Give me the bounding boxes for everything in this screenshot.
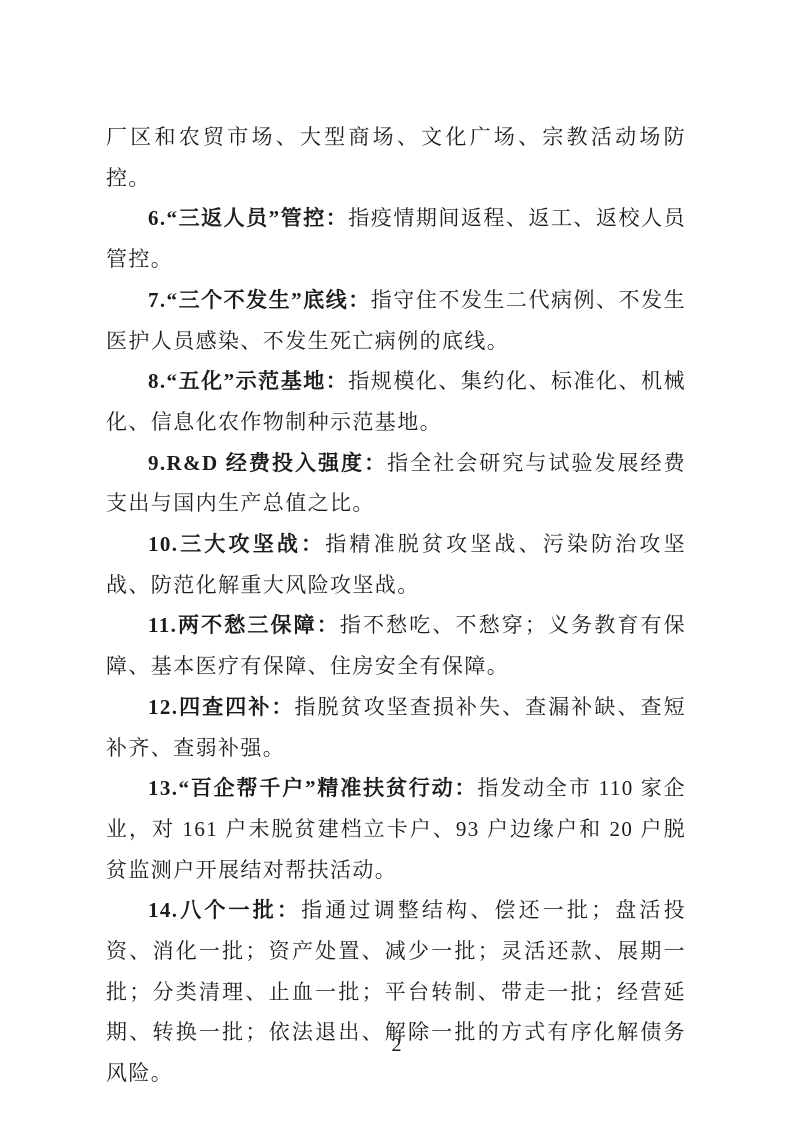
- glossary-item-10: 10.三大攻坚战：指精准脱贫攻坚战、污染防治攻坚战、防范化解重大风险攻坚战。: [106, 524, 686, 605]
- document-page: 厂区和农贸市场、大型商场、文化广场、宗教活动场防控。 6.“三返人员”管控：指疫…: [0, 0, 793, 1122]
- glossary-item-13: 13.“百企帮千户”精准扶贫行动：指发动全市 110 家企业，对 161 户未脱…: [106, 768, 686, 890]
- paragraph-continuation: 厂区和农贸市场、大型商场、文化广场、宗教活动场防控。: [106, 117, 686, 198]
- glossary-item-6: 6.“三返人员”管控：指疫情期间返程、返工、返校人员管控。: [106, 198, 686, 279]
- item-term: 9.R&D 经费投入强度：: [148, 451, 387, 475]
- glossary-item-7: 7.“三个不发生”底线：指守住不发生二代病例、不发生医护人员感染、不发生死亡病例…: [106, 280, 686, 361]
- glossary-item-8: 8.“五化”示范基地：指规模化、集约化、标准化、机械化、信息化农作物制种示范基地…: [106, 361, 686, 442]
- page-number: 2: [392, 1034, 402, 1056]
- item-term: 11.两不愁三保障：: [148, 613, 340, 637]
- page-footer: 2: [0, 1034, 793, 1057]
- item-definition: 指通过调整结构、偿还一批；盘活投资、消化一批；资产处置、减少一批；灵活还款、展期…: [106, 898, 686, 1085]
- glossary-item-11: 11.两不愁三保障：指不愁吃、不愁穿；义务教育有保障、基本医疗有保障、住房安全有…: [106, 605, 686, 686]
- item-term: 10.三大攻坚战：: [148, 532, 325, 556]
- glossary-item-14: 14.八个一批：指通过调整结构、偿还一批；盘活投资、消化一批；资产处置、减少一批…: [106, 890, 686, 1094]
- item-term: 7.“三个不发生”底线：: [148, 288, 371, 312]
- glossary-item-12: 12.四查四补：指脱贫攻坚查损补失、查漏补缺、查短补齐、查弱补强。: [106, 687, 686, 768]
- document-body: 厂区和农贸市场、大型商场、文化广场、宗教活动场防控。 6.“三返人员”管控：指疫…: [106, 117, 686, 1094]
- item-term: 12.四查四补：: [148, 695, 294, 719]
- item-term: 6.“三返人员”管控：: [148, 206, 348, 230]
- item-term: 14.八个一批：: [148, 898, 301, 922]
- item-term: 8.“五化”示范基地：: [148, 369, 348, 393]
- item-term: 13.“百企帮千户”精准扶贫行动：: [148, 776, 477, 800]
- glossary-item-9: 9.R&D 经费投入强度：指全社会研究与试验发展经费支出与国内生产总值之比。: [106, 443, 686, 524]
